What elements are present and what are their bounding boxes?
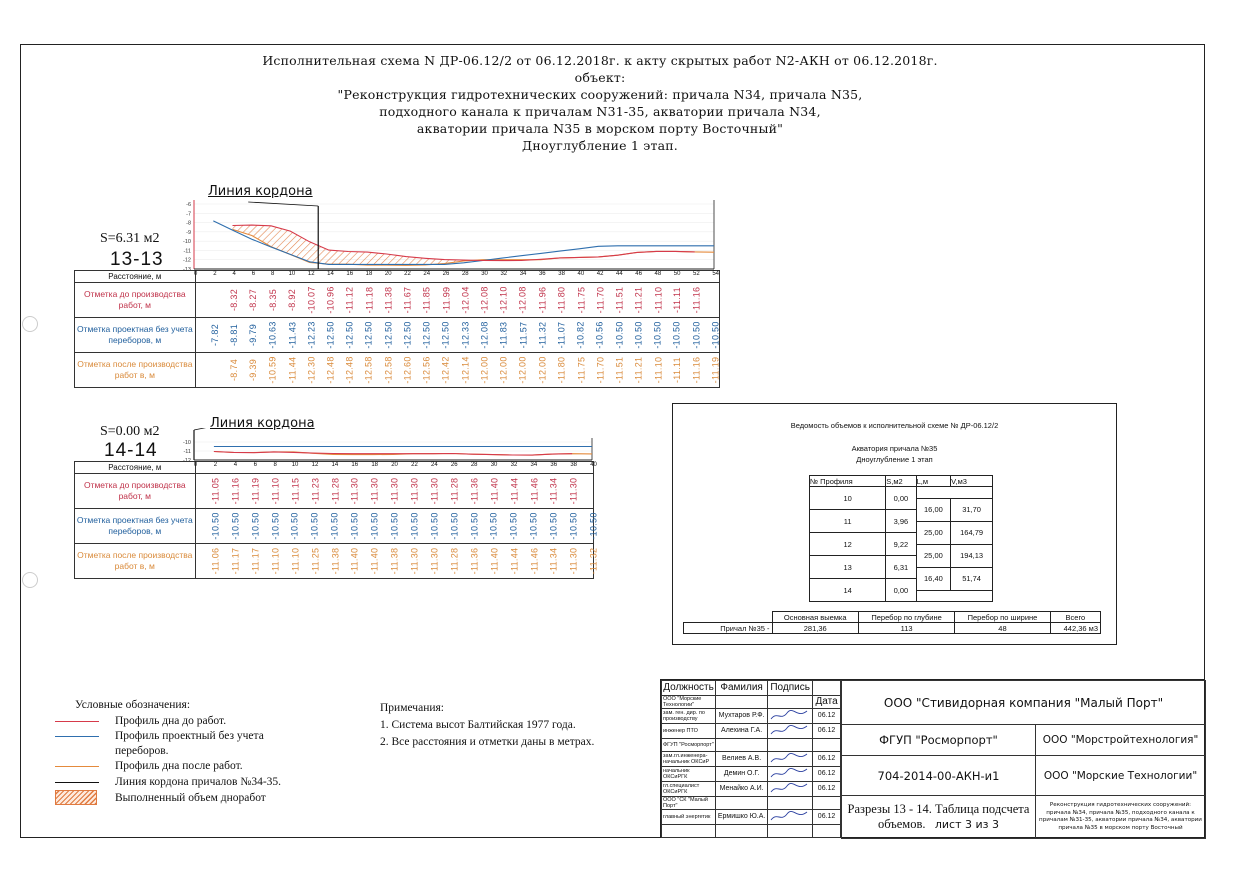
elevation-value: -11.32 (536, 318, 548, 352)
distance-label: 24 (431, 462, 438, 468)
elevation-value: -9.79 (247, 318, 259, 352)
elevation-value: -9.39 (247, 353, 259, 387)
elevation-value: -11.30 (369, 474, 381, 508)
stamp-header: Должность (662, 681, 716, 696)
distance-label: 42 (597, 271, 604, 277)
volume-header: S,м2 (886, 476, 916, 487)
elevation-value: -11.99 (440, 283, 452, 317)
distance-label: 22 (404, 271, 411, 277)
elevation-value: -10.07 (305, 283, 317, 317)
distance-label: 26 (451, 462, 458, 468)
elevation-value: -10.50 (652, 318, 664, 352)
elevation-value: -10.50 (568, 509, 580, 543)
row-label-after: Отметка после производства работ в, м (75, 353, 196, 388)
row-values-design: -10.50-10.50-10.50-10.50-10.50-10.50-10.… (195, 509, 593, 544)
stamp-row: начальник ОКСиРГКДемин О.Г.06.12 (662, 767, 841, 782)
elevation-value: -11.75 (575, 283, 587, 317)
elevation-value: -10.50 (428, 509, 440, 543)
elevation-value: -11.23 (309, 474, 321, 508)
elevation-value: -11.19 (249, 474, 261, 508)
distance-label: 30 (481, 271, 488, 277)
elevation-value: -11.40 (488, 474, 500, 508)
profile-s: 6,31 (886, 556, 916, 579)
elevation-value: -11.44 (286, 353, 298, 387)
segment-l: 25,00 (916, 521, 951, 544)
volume-subtitle: Дноуглубление 1 этап (673, 455, 1116, 464)
sheet-number: лист 3 из 3 (935, 818, 999, 831)
profile-row-before: Отметка до производства работ, м-8.32-8.… (75, 283, 720, 318)
svg-text:-9: -9 (186, 230, 191, 236)
stamp-position: гл.специалист ОКСиРГК (662, 782, 716, 797)
volume-header: V,м3 (951, 476, 993, 487)
elevation-value: -12.58 (382, 353, 394, 387)
elevation-value: -11.83 (498, 318, 510, 352)
section-14-title: 14-14 (104, 440, 158, 462)
stamp-row: гл.специалист ОКСиРГКМенайко А.И.06.12 (662, 782, 841, 797)
stamp-date: 06.12 (813, 752, 841, 767)
profile-row-after: Отметка после производства работ в, м-11… (75, 544, 594, 579)
signature-icon (769, 767, 809, 779)
section-13-title: 13-13 (110, 249, 164, 271)
org-mortech: ООО "Морские Технологии" (1035, 755, 1206, 796)
elevation-value: -11.38 (382, 283, 394, 317)
segment-v: 164,79 (951, 521, 993, 544)
distance-label: 2 (214, 462, 217, 468)
stamp-position (662, 825, 716, 838)
elevation-value: -10.50 (329, 509, 341, 543)
empty-cell (684, 612, 773, 623)
stamp-position: ООО "СК "Малый Порт" (662, 797, 716, 810)
svg-text:-8: -8 (186, 221, 191, 227)
stamp-date (813, 797, 841, 810)
distance-label: 12 (308, 271, 315, 277)
stamp-position: зам.гл.инженера-начальник ОКСиР (662, 752, 716, 767)
distance-label: 14 (327, 271, 334, 277)
elevation-value: -11.28 (448, 544, 460, 578)
distance-label: 4 (234, 462, 237, 468)
distance-label: 24 (423, 271, 430, 277)
distance-label: 38 (558, 271, 565, 277)
elevation-value: -11.05 (209, 474, 221, 508)
row-label-before: Отметка до производства работ, м (75, 474, 196, 509)
elevation-value: -11.30 (428, 544, 440, 578)
note-item: 2. Все расстояния и отметки даны в метра… (380, 734, 594, 751)
elevation-value: -11.21 (633, 353, 645, 387)
sheet-title: Разрезы 13 - 14. Таблица подсчета объемо… (841, 795, 1036, 839)
elevation-value: -11.19 (710, 353, 722, 387)
elevation-value: -8.81 (228, 318, 240, 352)
signature-icon (769, 782, 809, 794)
header-line: подходного канала к причалам N31-35, акв… (200, 103, 1000, 120)
distance-label: 4 (233, 271, 236, 277)
elevation-value: -11.16 (690, 353, 702, 387)
distance-label: 14 (332, 462, 339, 468)
elevation-value: -11.80 (556, 283, 568, 317)
header-line: Дноуглубление 1 этап. (200, 137, 1000, 154)
distance-label: 6 (252, 271, 255, 277)
elevation-value: -11.10 (269, 544, 281, 578)
document-header: Исполнительная схема N ДР-06.12/2 от 06.… (200, 52, 1000, 154)
summary-header: Перебор по глубине (858, 612, 954, 623)
stamp-signature (768, 797, 813, 810)
distance-label: 10 (289, 271, 296, 277)
elevation-value: -11.85 (421, 283, 433, 317)
sheet-title-line: объемов. лист 3 из 3 (878, 817, 999, 832)
distance-label: 28 (462, 271, 469, 277)
elevation-value: -11.17 (229, 544, 241, 578)
volume-title: Ведомость объемов к исполнительной схеме… (673, 421, 1116, 430)
elevation-value: -11.30 (568, 474, 580, 508)
segment-l: 16,00 (916, 498, 951, 521)
stamp-position: ООО "Морские Технологии" (662, 696, 716, 709)
profile-no: 12 (810, 533, 886, 556)
elevation-value: -11.30 (389, 474, 401, 508)
elevation-value: -10.50 (269, 509, 281, 543)
legend-label: переборов. (115, 745, 169, 757)
elevation-value: -11.70 (594, 283, 606, 317)
elevation-value: -12.48 (324, 353, 336, 387)
header-line: "Реконструкция гидротехнических сооружен… (200, 86, 1000, 103)
elevation-value: -8.27 (247, 283, 259, 317)
elevation-value: -11.38 (389, 544, 401, 578)
distance-label: 20 (385, 271, 392, 277)
elevation-value: -11.46 (528, 474, 540, 508)
legend-label: Профиль дна до работ. (115, 715, 226, 727)
elevation-value: -12.23 (305, 318, 317, 352)
elevation-value: -12.00 (517, 353, 529, 387)
elevation-value: -12.50 (344, 318, 356, 352)
stamp-name (716, 696, 768, 709)
elevation-value: -11.10 (289, 544, 301, 578)
title-block: ДолжностьФамилияПодписьООО "Морские Техн… (660, 679, 1205, 838)
stamp-header: Подпись (768, 681, 813, 696)
elevation-value: -10.50 (508, 509, 520, 543)
elevation-value: -12.48 (344, 353, 356, 387)
notes-title: Примечания: (380, 700, 594, 717)
distance-label: 38 (570, 462, 577, 468)
segment-l: 25,00 (916, 544, 951, 567)
stamp-row: ООО "Морские Технологии"Дата (662, 696, 841, 709)
elevation-value: -10.82 (575, 318, 587, 352)
stamp-name: Менайко А.И. (716, 782, 768, 797)
distance-label: 12 (312, 462, 319, 468)
elevation-value: -12.60 (402, 353, 414, 387)
elevation-value: -11.40 (369, 544, 381, 578)
elevation-value: -11.17 (249, 544, 261, 578)
distance-label: 32 (500, 271, 507, 277)
row-values-before: -8.32-8.27-8.35-8.92-10.07-10.96-11.12-1… (195, 283, 719, 318)
legend-label: Профиль дна после работ. (115, 760, 243, 772)
profile-s: 3,96 (886, 510, 916, 533)
volume-statement: Ведомость объемов к исполнительной схеме… (672, 403, 1117, 645)
distance-label: 50 (674, 271, 681, 277)
section-14-area: S=0.00 м2 (100, 424, 160, 440)
stamp-date (813, 825, 841, 838)
row-label-distance: Расстояние, м (75, 462, 196, 474)
row-values-after: -11.06-11.17-11.17-11.10-11.10-11.25-11.… (195, 544, 593, 579)
notes: Примечания: 1. Система высот Балтийская … (380, 700, 594, 751)
profile-table-13-13: Расстояние, м024681012141618202224262830… (74, 270, 720, 388)
elevation-value: -11.70 (594, 353, 606, 387)
stamp-date (813, 739, 841, 752)
elevation-value: -10.50 (671, 318, 683, 352)
row-label-design: Отметка проектная без учета переборов, м (75, 509, 196, 544)
elevation-value: -10.96 (324, 283, 336, 317)
profile-chart-13-13: -6-7-8-9-10-11-12-13 (180, 196, 720, 276)
stamp-row: инженер ПТОАлехина Г.А.06.12 (662, 724, 841, 739)
profile-table-14-14: Расстояние, м024681012141618202224262830… (74, 461, 594, 579)
distance-label: 36 (550, 462, 557, 468)
elevation-value: -12.42 (440, 353, 452, 387)
elevation-value: -11.30 (408, 474, 420, 508)
legend-line-swatch (55, 721, 99, 722)
summary-value: 281,36 (772, 623, 858, 634)
svg-text:-12: -12 (183, 258, 191, 264)
elevation-value: -10.63 (267, 318, 279, 352)
stamp-signature (768, 709, 813, 724)
header-line: акватории причала N35 в морском порту Во… (200, 120, 1000, 137)
distance-label: 8 (271, 271, 274, 277)
elevation-value: -10.50 (448, 509, 460, 543)
signature-icon (769, 709, 809, 721)
volume-subtitle: Акватория причала №35 (673, 444, 1116, 453)
svg-text:-7: -7 (186, 211, 191, 217)
stamp-signature (768, 825, 813, 838)
elevation-value: -11.28 (329, 474, 341, 508)
elevation-value: -10.50 (249, 509, 261, 543)
org-main: ООО "Стивидорная компания "Малый Порт" (841, 680, 1206, 725)
stamp-signature (768, 739, 813, 752)
elevation-value: -12.14 (459, 353, 471, 387)
header-line: Исполнительная схема N ДР-06.12/2 от 06.… (200, 52, 1000, 69)
elevation-value: -12.33 (459, 318, 471, 352)
elevation-value: -11.16 (690, 283, 702, 317)
stamp-name (716, 739, 768, 752)
stamp-date: 06.12 (813, 709, 841, 724)
svg-text:-11: -11 (183, 248, 191, 254)
profile-s: 9,22 (886, 533, 916, 556)
distance-label: 44 (616, 271, 623, 277)
stamp-date: 06.12 (813, 810, 841, 825)
row-label-distance: Расстояние, м (75, 271, 196, 283)
profile-row-distance: Расстояние, м024681012141618202224262830… (75, 271, 720, 283)
elevation-value: -10.50 (209, 509, 221, 543)
elevation-value: -8.32 (228, 283, 240, 317)
elevation-value: -8.35 (267, 283, 279, 317)
distance-label: 32 (511, 462, 518, 468)
row-label-before: Отметка до производства работ, м (75, 283, 196, 318)
profile-row-design: Отметка проектная без учета переборов, м… (75, 509, 594, 544)
elevation-value: -11.36 (468, 474, 480, 508)
elevation-value: -12.50 (382, 318, 394, 352)
distance-label: 22 (411, 462, 418, 468)
profile-no: 13 (810, 556, 886, 579)
legend-hatch-swatch (55, 790, 97, 805)
elevation-value: -10.50 (488, 509, 500, 543)
distance-label: 18 (366, 271, 373, 277)
volume-summary-table: Основная выемкаПеребор по глубинеПеребор… (683, 611, 1101, 634)
volume-table: № ПрофиляS,м2L,мV,м3100,0016,0031,70113,… (809, 475, 993, 602)
elevation-value: -11.10 (652, 353, 664, 387)
elevation-value: -11.43 (286, 318, 298, 352)
signature-icon (769, 810, 809, 822)
summary-value: 113 (858, 623, 954, 634)
row-values-design: -7.82-8.81-9.79-10.63-11.43-12.23-12.50-… (195, 318, 719, 353)
stamp-row: зам.гл.инженера-начальник ОКСиРВелиев А.… (662, 752, 841, 767)
stamp-position: начальник ОКСиРГК (662, 767, 716, 782)
elevation-value: -11.07 (556, 318, 568, 352)
elevation-value: -11.51 (613, 353, 625, 387)
elevation-value: -10.56 (594, 318, 606, 352)
profile-row-design: Отметка проектная без учета переборов, м… (75, 318, 720, 353)
legend-line-swatch (55, 782, 99, 783)
volume-header: № Профиля (810, 476, 886, 487)
distance-label: 54 (712, 271, 719, 277)
segment-v: 194,13 (951, 544, 993, 567)
distance-label: 36 (539, 271, 546, 277)
distance-label: 34 (520, 271, 527, 277)
elevation-value: -11.40 (349, 544, 361, 578)
stamp-header: Фамилия (716, 681, 768, 696)
elevation-value: -11.30 (428, 474, 440, 508)
profile-row-after: Отметка после производства работ в, м-8.… (75, 353, 720, 388)
distance-label: 40 (577, 271, 584, 277)
profile-row-distance: Расстояние, м024681012141618202224262830… (75, 462, 594, 474)
elevation-value: -11.25 (309, 544, 321, 578)
elevation-value: -10.50 (633, 318, 645, 352)
elevation-value: -11.12 (344, 283, 356, 317)
distance-label: 2 (213, 271, 216, 277)
distance-label: 48 (655, 271, 662, 277)
stamp-row: ООО "СК "Малый Порт" (662, 797, 841, 810)
row-values-after: -8.74-9.39-10.59-11.44-12.30-12.48-12.48… (195, 353, 719, 388)
stamp-signature (768, 782, 813, 797)
elevation-value: -10.50 (349, 509, 361, 543)
empty-cell (916, 590, 992, 602)
distance-label: 0 (194, 462, 197, 468)
distance-label: 30 (491, 462, 498, 468)
punch-hole (22, 316, 38, 332)
elevation-value: -11.46 (528, 544, 540, 578)
summary-header: Основная выемка (772, 612, 858, 623)
elevation-value: -10.50 (229, 509, 241, 543)
distance-label: 52 (693, 271, 700, 277)
stamp-name: Ермишко Ю.А. (716, 810, 768, 825)
signature-icon (769, 752, 809, 764)
distance-label: 16 (351, 462, 358, 468)
elevation-value: -11.30 (408, 544, 420, 578)
stamp-date: 06.12 (813, 724, 841, 739)
elevation-value: -10.59 (267, 353, 279, 387)
elevation-value: -12.00 (479, 353, 491, 387)
stamp-name (716, 825, 768, 838)
volume-header: L,м (916, 476, 951, 487)
profile-no: 10 (810, 487, 886, 510)
stamp-position: главный энергетик (662, 810, 716, 825)
elevation-value: -10.50 (389, 509, 401, 543)
elevation-value: -12.58 (363, 353, 375, 387)
distance-label: 40 (590, 462, 597, 468)
stamp-name: Мухтаров Р.Ф. (716, 709, 768, 724)
stamp-position: инженер ПТО (662, 724, 716, 739)
elevation-value: -8.92 (286, 283, 298, 317)
elevation-value: -11.15 (289, 474, 301, 508)
distance-label: 10 (292, 462, 299, 468)
distance-label: 0 (194, 271, 197, 277)
stamp-row (662, 825, 841, 838)
elevation-value: -10.50 (369, 509, 381, 543)
elevation-value: -11.32 (588, 544, 600, 578)
elevation-value: -10.50 (408, 509, 420, 543)
elevation-value: -12.56 (421, 353, 433, 387)
signature-icon (769, 724, 809, 736)
elevation-value: -12.30 (305, 353, 317, 387)
stamp-signature (768, 724, 813, 739)
elevation-value: -11.21 (633, 283, 645, 317)
elevation-value: -10.50 (588, 509, 600, 543)
stamp-signature (768, 810, 813, 825)
elevation-value: -11.40 (488, 544, 500, 578)
segment-v: 31,70 (951, 498, 993, 521)
org-rosmorport: ФГУП "Росморпорт" (841, 724, 1036, 756)
stamp-row: зам. ген. дир. по производствуМухтаров Р… (662, 709, 841, 724)
profile-row-before: Отметка до производства работ, м-11.05-1… (75, 474, 594, 509)
elevation-value: -11.34 (548, 544, 560, 578)
elevation-value: -11.18 (363, 283, 375, 317)
legend-title: Условные обозначения: (75, 699, 190, 711)
elevation-value: -10.50 (289, 509, 301, 543)
section-13-area: S=6.31 м2 (100, 231, 160, 247)
elevation-value: -11.11 (671, 353, 683, 387)
elevation-value: -10.50 (468, 509, 480, 543)
elevation-value: -12.50 (363, 318, 375, 352)
stamp-date: Дата (813, 696, 841, 709)
stamp-name: Алехина Г.А. (716, 724, 768, 739)
svg-text:-10: -10 (183, 239, 191, 245)
empty-cell (916, 487, 992, 499)
project-description: Реконструкция гидротехнических сооружени… (1035, 795, 1206, 839)
legend-label: Выполненный объем днoработ (115, 792, 266, 804)
svg-text:-10: -10 (183, 440, 191, 446)
elevation-value: -11.96 (536, 283, 548, 317)
stamp-name: Демин О.Г. (716, 767, 768, 782)
summary-header: Перебор по ширине (955, 612, 1050, 623)
profile-chart-14-14: -10-11-12 (180, 428, 600, 464)
elevation-value: -10.50 (690, 318, 702, 352)
elevation-value: -11.10 (269, 474, 281, 508)
elevation-value: -11.11 (671, 283, 683, 317)
distance-label: 18 (371, 462, 378, 468)
distance-label: 28 (471, 462, 478, 468)
elevation-value: -12.00 (498, 353, 510, 387)
distance-label: 8 (273, 462, 276, 468)
elevation-value: -12.50 (402, 318, 414, 352)
elevation-value: -11.28 (448, 474, 460, 508)
summary-value: 442,36 м3 (1050, 623, 1100, 634)
segment-l: 16,40 (916, 567, 951, 590)
legend-line-swatch (55, 766, 99, 767)
stamp-date: 06.12 (813, 767, 841, 782)
elevation-value: -8.74 (228, 353, 240, 387)
svg-text:-11: -11 (183, 449, 191, 455)
elevation-value: -11.44 (508, 474, 520, 508)
legend-label: Профиль проектный без учета (115, 730, 264, 742)
sheet-title-line2: объемов. (878, 817, 926, 831)
elevation-value: -11.75 (575, 353, 587, 387)
elevation-value: -12.04 (459, 283, 471, 317)
elevation-value: -11.44 (508, 544, 520, 578)
note-item: 1. Система высот Балтийская 1977 года. (380, 717, 594, 734)
